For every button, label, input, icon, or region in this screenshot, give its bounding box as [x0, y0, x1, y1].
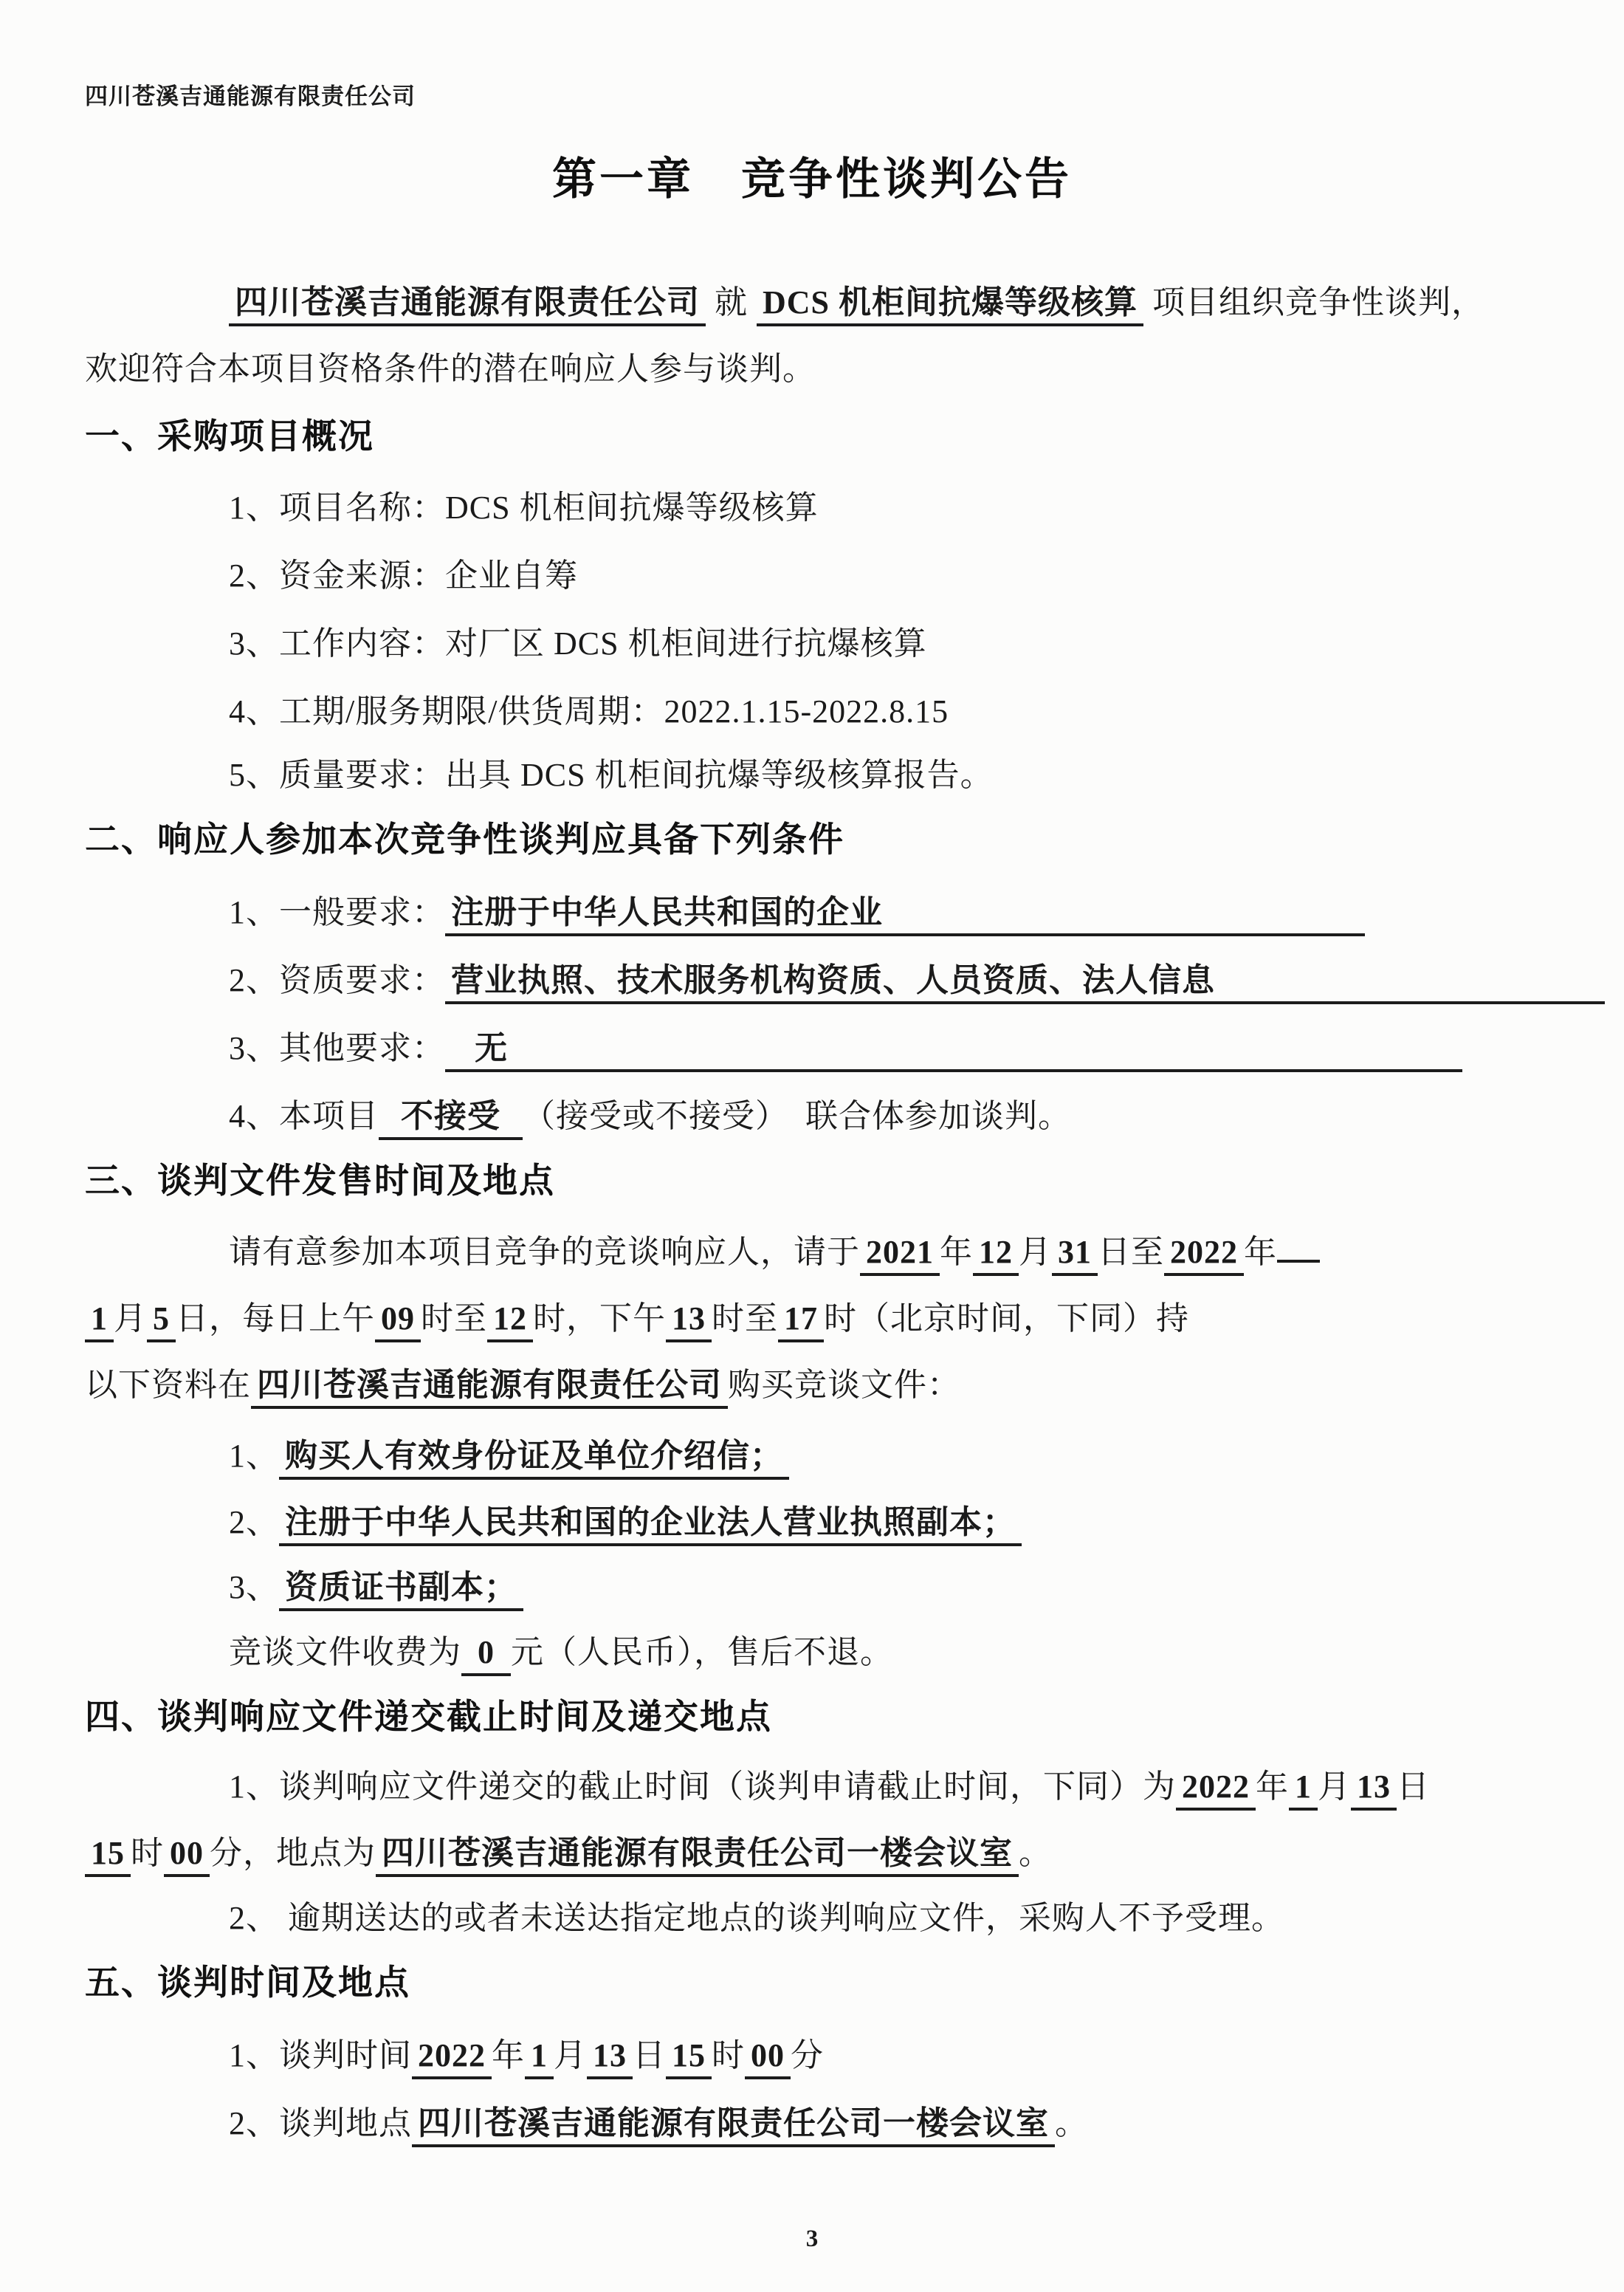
text-run: 就 [706, 284, 757, 320]
text-run: 时，下午 [533, 1300, 666, 1337]
section2-item-qualification-requirement: 2、资质要求：营业执照、技术服务机构资质、人员资质、法人信息 [229, 960, 1605, 1004]
text-run: 元（人民币），售后不退。 [511, 1634, 893, 1670]
text-run: 日，每日上午 [176, 1300, 375, 1337]
text-run: 项目组织竞争性谈判， [1143, 284, 1484, 320]
text-run: 4、本项目 [229, 1098, 379, 1134]
sale-start-month: 12 [973, 1235, 1019, 1276]
chapter-title: 第一章 竞争性谈判公告 [0, 151, 1624, 207]
section5-item-negotiation-time: 1、谈判时间2022年1月13日15时00分 [229, 2035, 824, 2079]
text-run: 分 [791, 2037, 824, 2073]
section3-paragraph-line-2: 1月5日，每日上午09时至12时，下午13时至17时（北京时间，下同）持 [85, 1298, 1189, 1342]
purchaser-name: 四川苍溪吉通能源有限责任公司 [229, 285, 706, 326]
text-run: 时 [131, 1835, 164, 1871]
sale-start-year: 2021 [860, 1235, 940, 1276]
text-run: 1、谈判响应文件递交的截止时间（谈判申请截止时间，下同）为 [229, 1768, 1176, 1805]
text-run: 请有意参加本项目竞争的竞谈响应人，请于 [229, 1234, 860, 1270]
company-header: 四川苍溪吉通能源有限责任公司 [85, 83, 416, 111]
sale-end-day: 5 [147, 1301, 176, 1342]
text-run: 1、 [229, 1438, 279, 1474]
text-run: 。 [1019, 1835, 1052, 1871]
page-number: 3 [0, 2224, 1624, 2254]
section1-item-funding-source: 2、资金来源：企业自筹 [229, 555, 578, 596]
intro-line-1: 四川苍溪吉通能源有限责任公司 就 DCS 机柜间抗爆等级核算 项目组织竞争性谈判… [229, 282, 1484, 326]
section2-item-other-requirement: 3、其他要求：无 [229, 1028, 1462, 1072]
negotiation-day: 13 [587, 2038, 633, 2079]
negotiation-minute: 00 [745, 2038, 791, 2079]
deadline-hour: 15 [85, 1836, 131, 1877]
section2-item-joint-venture: 4、本项目不接受（接受或不接受） 联合体参加谈判。 [229, 1096, 1071, 1140]
document-fee: 0 [461, 1635, 511, 1676]
negotiation-place: 四川苍溪吉通能源有限责任公司一楼会议室 [412, 2106, 1055, 2147]
trailing-blank [1277, 1257, 1320, 1263]
text-run: 时（北京时间，下同）持 [824, 1300, 1189, 1337]
section1-item-project-name: 1、项目名称：DCS 机柜间抗爆等级核算 [229, 487, 819, 528]
text-run: 时至 [712, 1300, 778, 1337]
section2-item-general-requirement: 1、一般要求：注册于中华人民共和国的企业 [229, 892, 1365, 936]
morning-open-hour: 09 [375, 1301, 421, 1342]
text-run: 月 [554, 2037, 587, 2073]
joint-venture-acceptance: 不接受 [379, 1099, 523, 1140]
text-run: 日至 [1098, 1234, 1164, 1270]
text-run: 3、 [229, 1569, 279, 1605]
section3-item-required-doc-1: 1、购买人有效身份证及单位介绍信； [229, 1435, 789, 1480]
deadline-month: 1 [1289, 1769, 1318, 1811]
text-run: 以下资料在 [85, 1367, 251, 1403]
required-doc-3: 资质证书副本； [279, 1570, 523, 1611]
other-requirement-value: 无 [445, 1031, 1462, 1072]
negotiation-month: 1 [525, 2038, 554, 2079]
deadline-year: 2022 [1176, 1769, 1256, 1811]
section3-paragraph-line-3: 以下资料在四川苍溪吉通能源有限责任公司购买竞谈文件： [85, 1365, 960, 1409]
text-run: 1、谈判时间 [229, 2037, 412, 2073]
deadline-minute: 00 [164, 1836, 210, 1877]
section4-item2-late-delivery: 2、 逾期送达的或者未送达指定地点的谈判响应文件，采购人不予受理。 [229, 1898, 1284, 1938]
qualification-requirement-value: 营业执照、技术服务机构资质、人员资质、法人信息 [445, 963, 1605, 1004]
section4-item1-line-1: 1、谈判响应文件递交的截止时间（谈判申请截止时间，下同）为2022年1月13日 [229, 1766, 1430, 1811]
text-run: 购买竞谈文件： [728, 1367, 960, 1403]
section3-item-required-doc-3: 3、资质证书副本； [229, 1567, 523, 1611]
text-run: 月 [1019, 1234, 1052, 1270]
text-run: 月 [114, 1300, 147, 1337]
text-run: 2、资质要求： [229, 962, 445, 998]
afternoon-close-hour: 17 [778, 1301, 824, 1342]
section5-heading: 五、谈判时间及地点 [85, 1961, 410, 2005]
text-run: 年 [940, 1234, 973, 1270]
section5-item-negotiation-place: 2、谈判地点四川苍溪吉通能源有限责任公司一楼会议室。 [229, 2103, 1088, 2147]
text-run: 日 [1397, 1768, 1430, 1805]
text-run: 。 [1055, 2105, 1088, 2141]
sale-end-month: 1 [85, 1301, 114, 1342]
section4-item1-line-2: 15时00分，地点为四川苍溪吉通能源有限责任公司一楼会议室。 [85, 1833, 1052, 1877]
text-run: 联合体参加谈判。 [772, 1098, 1071, 1134]
text-run: 年 [492, 2037, 525, 2073]
section1-item-quality-requirement: 5、质量要求：出具 DCS 机柜间抗爆等级核算报告。 [229, 755, 994, 795]
submission-place: 四川苍溪吉通能源有限责任公司一楼会议室 [376, 1836, 1019, 1877]
intro-line-2: 欢迎符合本项目资格条件的潜在响应人参与谈判。 [85, 349, 816, 389]
project-name: DCS 机柜间抗爆等级核算 [757, 285, 1143, 326]
text-run: 2、谈判地点 [229, 2105, 412, 2141]
section1-heading: 一、采购项目概况 [85, 415, 374, 459]
sale-place: 四川苍溪吉通能源有限责任公司 [251, 1368, 728, 1409]
required-doc-1: 购买人有效身份证及单位介绍信； [279, 1438, 789, 1480]
text-run: 时至 [421, 1300, 487, 1337]
negotiation-hour: 15 [666, 2038, 712, 2079]
text-run: 分，地点为 [210, 1835, 376, 1871]
text-run: 3、其他要求： [229, 1030, 445, 1066]
section3-fee-line: 竞谈文件收费为0元（人民币），售后不退。 [229, 1632, 893, 1676]
text-run: 竞谈文件收费为 [229, 1634, 461, 1670]
sale-start-day: 31 [1052, 1235, 1098, 1276]
text-run: 时 [712, 2037, 745, 2073]
text-run: 1、一般要求： [229, 894, 445, 930]
deadline-day: 13 [1351, 1769, 1397, 1811]
morning-close-hour: 12 [487, 1301, 533, 1342]
section4-heading: 四、谈判响应文件递交截止时间及递交地点 [85, 1695, 772, 1739]
section1-item-work-content: 3、工作内容：对厂区 DCS 机柜间进行抗爆核算 [229, 623, 927, 664]
afternoon-open-hour: 13 [666, 1301, 712, 1342]
general-requirement-value: 注册于中华人民共和国的企业 [445, 895, 1365, 936]
text-run: 年 [1244, 1234, 1277, 1270]
sale-end-year: 2022 [1164, 1235, 1244, 1276]
text-run: 月 [1318, 1768, 1351, 1805]
text-run: 2、 [229, 1504, 279, 1540]
negotiation-year: 2022 [412, 2038, 492, 2079]
required-doc-2: 注册于中华人民共和国的企业法人营业执照副本； [279, 1505, 1022, 1546]
section3-heading: 三、谈判文件发售时间及地点 [85, 1159, 555, 1203]
section3-item-required-doc-2: 2、注册于中华人民共和国的企业法人营业执照副本； [229, 1502, 1022, 1546]
document-page: 四川苍溪吉通能源有限责任公司 第一章 竞争性谈判公告 四川苍溪吉通能源有限责任公… [0, 0, 1624, 2292]
section1-item-service-period: 4、工期/服务期限/供货周期：2022.1.15-2022.8.15 [229, 691, 949, 732]
section3-paragraph-line-1: 请有意参加本项目竞争的竞谈响应人，请于2021年12月31日至2022年 [229, 1232, 1320, 1276]
text-run: 日 [633, 2037, 666, 2073]
section2-heading: 二、响应人参加本次竞争性谈判应具备下列条件 [85, 818, 844, 862]
text-run: （接受或不接受） [523, 1098, 772, 1134]
text-run: 年 [1256, 1768, 1289, 1805]
